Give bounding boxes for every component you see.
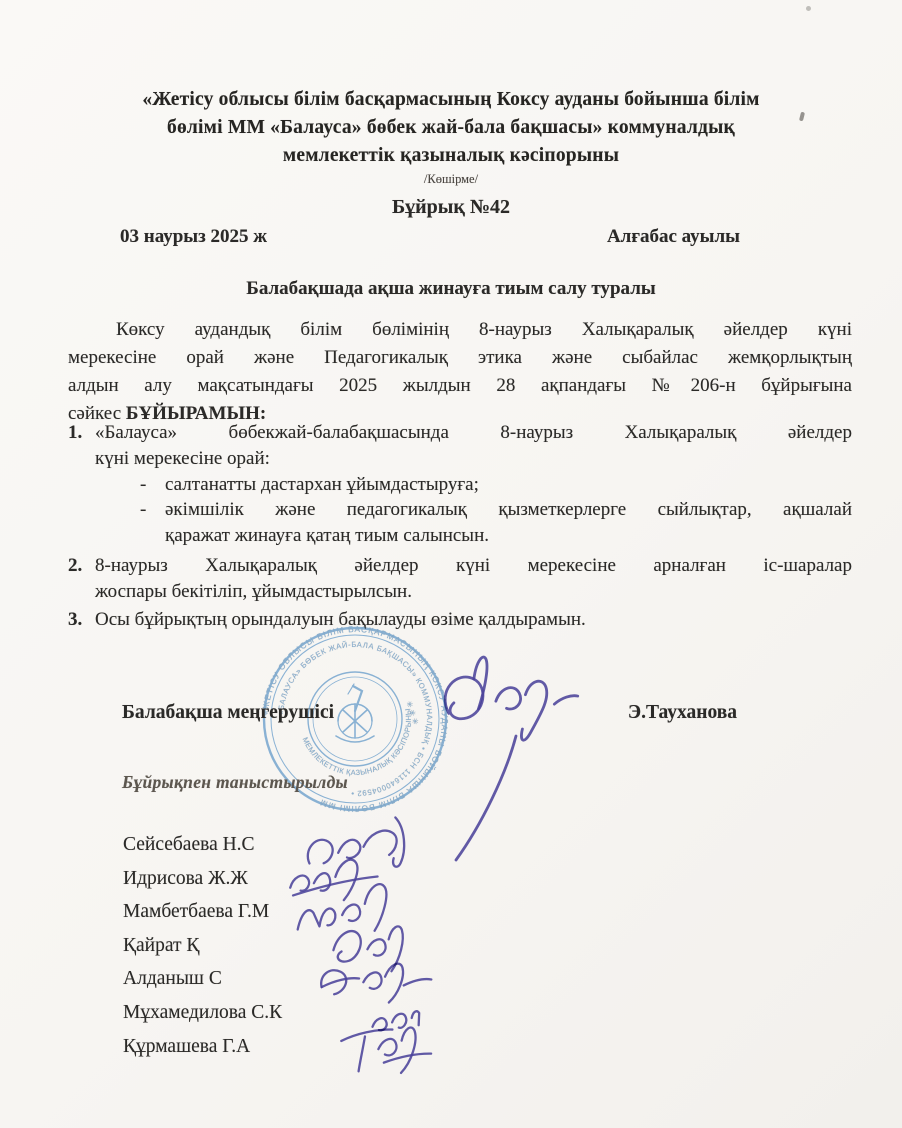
organization-header: «Жетісу облысы білім басқармасының Коксу… <box>90 86 812 170</box>
name-row: Сейсебаева Н.С <box>123 828 553 862</box>
list-item: 3. Осы бұйрықтың орындалуын бақылауды өз… <box>68 607 852 633</box>
signature-row: Балабақша меңгерушісі Э.Тауханова <box>122 702 737 724</box>
name-row: Құрмашева Г.А <box>123 1030 553 1064</box>
acquainted-label: Бұйрықпен таныстырылды <box>122 772 348 793</box>
item-text: 8-наурыз Халықаралық әйелдер күні мереке… <box>95 553 852 605</box>
person-name: Идрисова Ж.Ж <box>123 868 248 889</box>
scan-speck <box>806 6 811 11</box>
person-name: Мұхамедилова С.К <box>123 1002 282 1023</box>
name-row: Мұхамедилова С.К <box>123 996 553 1030</box>
item-text: Осы бұйрықтың орындалуын бақылауды өзіме… <box>95 607 852 633</box>
name-row: Алданыш С <box>123 962 553 996</box>
copy-note: /Көшірме/ <box>0 172 902 187</box>
dash-marker: - <box>140 472 165 498</box>
order-subject: Балабақшада ақша жинауға тиым салу турал… <box>0 278 902 300</box>
preamble-paragraph: Көксу аудандық білім бөлімінің 8-наурыз … <box>68 316 852 428</box>
signer-role: Балабақша меңгерушісі <box>122 702 334 724</box>
name-row: Қайрат Қ <box>123 929 553 963</box>
list-item: 2. 8-наурыз Халықаралық әйелдер күні мер… <box>68 553 852 605</box>
item-number: 2. <box>68 553 95 605</box>
name-row: Идрисова Ж.Ж <box>123 862 553 896</box>
signer-name: Э.Тауханова <box>628 702 737 724</box>
person-name: Алданыш С <box>123 968 222 989</box>
name-row: Мамбетбаева Г.М <box>123 895 553 929</box>
sub-item-text: әкімшілік және педагогикалық қызметкерле… <box>165 497 852 549</box>
person-name: Сейсебаева Н.С <box>123 834 255 855</box>
preamble-line: алдын алу мақсатындағы 2025 жылдын 28 ақ… <box>68 372 852 400</box>
list-item: 1. «Балауса» бөбекжай-балабақшасында 8-н… <box>68 420 852 472</box>
sub-item: - салтанатты дастархан ұйымдастыруға; <box>140 472 852 498</box>
org-line: мемлекеттік қазыналық кәсіпорыны <box>90 142 812 170</box>
acquainted-names-list: Сейсебаева Н.С Идрисова Ж.Ж Мамбетбаева … <box>123 828 553 1063</box>
item-number: 3. <box>68 607 95 633</box>
person-name: Мамбетбаева Г.М <box>123 901 269 922</box>
item-number: 1. <box>68 420 95 472</box>
org-line: «Жетісу облысы білім басқармасының Коксу… <box>90 86 812 114</box>
order-number-title: Бұйрық №42 <box>0 196 902 219</box>
order-items-list: 1. «Балауса» бөбекжай-балабақшасында 8-н… <box>68 420 852 632</box>
order-date: 03 наурыз 2025 ж <box>120 226 267 248</box>
dash-marker: - <box>140 497 165 549</box>
sub-item: - әкімшілік және педагогикалық қызметкер… <box>140 497 852 549</box>
scanned-order-document: «Жетісу облысы білім басқармасының Коксу… <box>0 0 902 1128</box>
item-text: «Балауса» бөбекжай-балабақшасында 8-наур… <box>95 420 852 472</box>
person-name: Қайрат Қ <box>123 935 199 956</box>
date-place-row: 03 наурыз 2025 ж Алғабас ауылы <box>120 226 740 248</box>
sub-item-text: салтанатты дастархан ұйымдастыруға; <box>165 472 852 498</box>
preamble-line: Көксу аудандық білім бөлімінің 8-наурыз … <box>68 316 852 344</box>
person-name: Құрмашева Г.А <box>123 1036 250 1057</box>
preamble-line: мерекесіне орай және Педагогикалық этика… <box>68 344 852 372</box>
org-line: бөлімі ММ «Балауса» бөбек жай-бала бақша… <box>90 114 812 142</box>
order-place: Алғабас ауылы <box>607 226 740 248</box>
